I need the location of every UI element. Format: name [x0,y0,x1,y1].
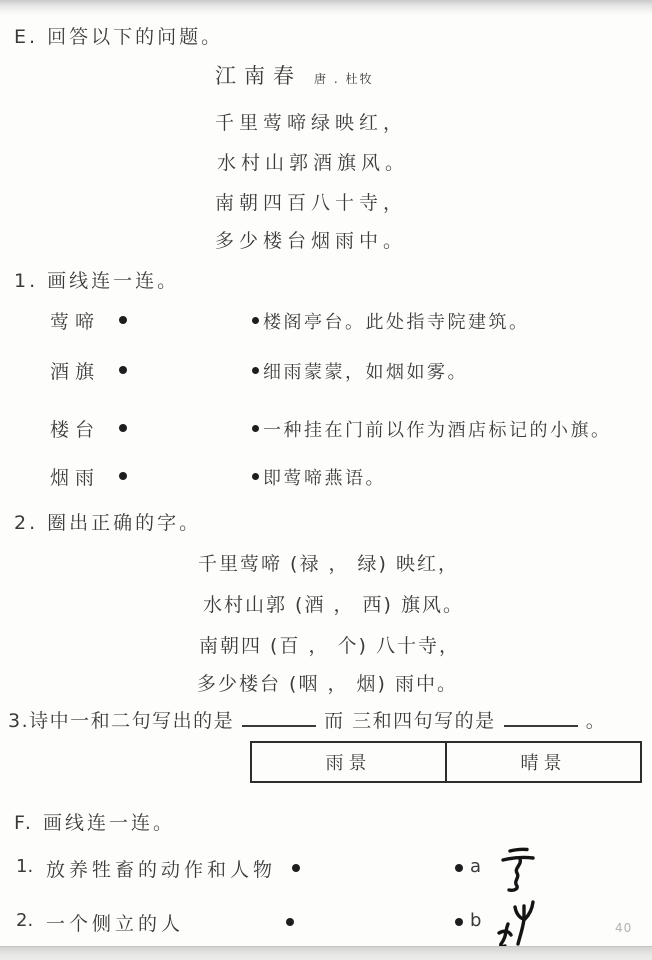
poem-title: 江南春 [215,64,302,88]
q3-text-middle: 而 三和四句写的是 [324,706,496,733]
match-def-1: 楼阁亭台。此处指寺院建筑。 [263,308,530,334]
f-connector-dot-left-1 [292,864,300,872]
question2-heading: 2. 圈出正确的字。 [14,508,201,535]
poem-line-2: 水村山郭酒旗风。 [217,148,409,175]
section-e-heading: E. 回答以下的问题。 [14,22,223,49]
q2-line-2: 水村山郭 (酒 ， 西) 旗风。 [203,590,464,617]
connector-dot-right-4 [252,473,259,480]
page-top-edge [0,0,652,15]
worksheet-page: E. 回答以下的问题。 江南春唐 . 杜牧 千里莺啼绿映红， 水村山郭酒旗风。 … [0,0,652,960]
q2-line-3: 南朝四 (百 ， 个) 八十寺， [199,631,460,658]
poem-line-1: 千里莺啼绿映红， [215,108,407,135]
answer-blank-1 [242,706,316,727]
poem-line-3: 南朝四百八十寺， [215,188,407,215]
match-term-4: 烟雨 [50,463,100,490]
f-item-2-number: 2. [16,910,33,931]
q2-line-1: 千里莺啼 (禄 ， 绿) 映红， [198,549,459,576]
poem-title-row: 江南春唐 . 杜牧 [215,60,373,90]
page-number: 40 [615,921,632,935]
f-item-2-text: 一个侧立的人 [46,909,184,936]
q2-line-4: 多少楼台 (咽 ， 烟) 雨中。 [197,669,458,696]
connector-dot-right-1 [252,317,259,324]
f-item-1-number: 1. [16,856,33,877]
f-connector-dot-left-2 [286,918,294,926]
section-f-heading: F. 画线连一连。 [14,808,175,835]
q3-text-prefix: 3.诗中一和二句写出的是 [8,706,234,733]
match-term-1: 莺啼 [50,307,100,334]
match-def-3: 一种挂在门前以作为酒店标记的小旗。 [263,416,612,442]
poem-line-4: 多少楼台烟雨中。 [215,226,407,253]
connector-dot-left-3 [119,424,127,432]
answer-option-table: 雨景 晴景 [250,741,642,783]
connector-dot-right-3 [252,425,259,432]
poem-author: 唐 . 杜牧 [314,72,373,86]
match-term-2: 酒旗 [50,357,100,384]
q3-text-suffix: 。 [586,706,607,733]
f-item-1-text: 放养牲畜的动作和人物 [46,855,276,882]
f-connector-dot-right-1 [455,864,463,872]
page-bottom-edge [0,946,652,960]
match-def-2: 细雨蒙蒙，如烟如雾。 [263,358,468,384]
oracle-script-glyph-a [497,844,537,892]
f-option-letter-a: a [470,856,481,877]
connector-dot-left-1 [119,316,127,324]
connector-dot-left-2 [119,366,127,374]
table-cell-sunny-scene: 晴景 [447,743,640,781]
match-def-4: 即莺啼燕语。 [263,464,386,490]
connector-dot-left-4 [119,472,127,480]
oracle-script-glyph-b [492,898,536,948]
table-cell-rain-scene: 雨景 [252,743,447,781]
f-option-letter-b: b [470,910,481,931]
answer-blank-2 [504,706,578,727]
match-term-3: 楼台 [50,415,100,442]
question3-row: 3.诗中一和二句写出的是 而 三和四句写的是 。 [8,706,606,733]
question1-heading: 1. 画线连一连。 [14,266,179,293]
connector-dot-right-2 [252,367,259,374]
f-connector-dot-right-2 [455,918,463,926]
